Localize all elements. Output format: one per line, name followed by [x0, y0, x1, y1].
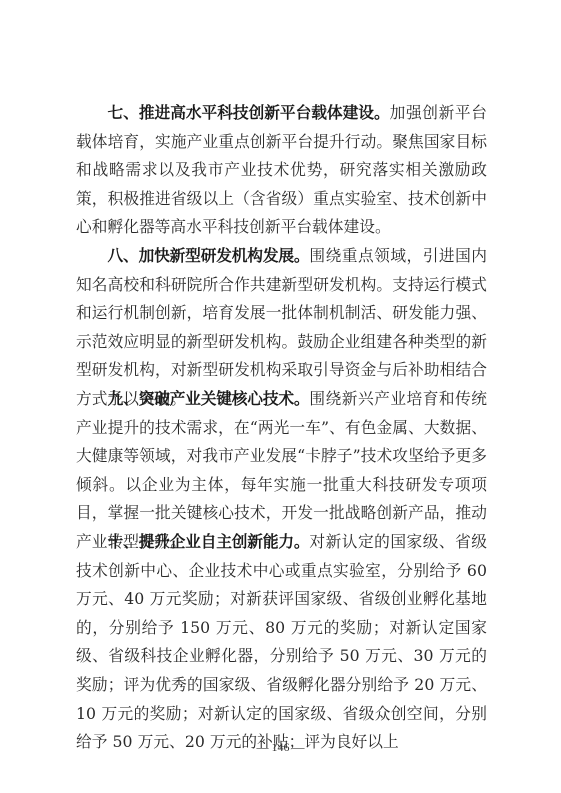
- paragraph-heading: 八、加快新型研发机构发展。: [108, 246, 310, 265]
- paragraph-body: 加强创新平台载体培育，实施产业重点创新平台提升行动。聚焦国家目标和战略需求以及我…: [76, 103, 487, 236]
- paragraph-10: 十、提升企业自主创新能力。对新认定的国家级、省级技术创新中心、企业技术中心或重点…: [76, 528, 487, 757]
- paragraph-heading: 十、提升企业自主创新能力。: [108, 532, 310, 551]
- paragraph-body: 对新认定的国家级、省级技术创新中心、企业技术中心或重点实验室，分别给予 60 万…: [76, 532, 487, 751]
- paragraph-7: 七、推进高水平科技创新平台载体建设。加强创新平台载体培育，实施产业重点创新平台提…: [76, 99, 487, 242]
- paragraph-heading: 七、推进高水平科技创新平台载体建设。: [108, 103, 390, 122]
- paragraph-body: 围绕重点领域，引进国内知名高校和科研院所合作共建新型研发机构。支持运行模式和运行…: [76, 246, 487, 408]
- document-page: 七、推进高水平科技创新平台载体建设。加强创新平台载体培育，实施产业重点创新平台提…: [0, 0, 561, 793]
- page-number: — 146 —: [0, 740, 561, 755]
- paragraph-heading: 九、突破产业关键核心技术。: [108, 389, 310, 408]
- paragraph-body: 围绕新兴产业培育和传统产业提升的技术需求，在“两光一车”、有色金属、大数据、大健…: [76, 389, 487, 551]
